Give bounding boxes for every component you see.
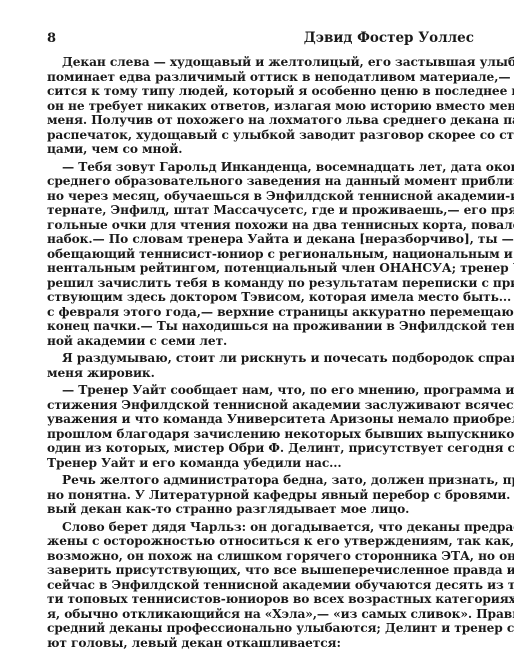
paragraph: Речь желтого администратора бедна, зато,… [47,473,474,517]
text-line: но понятна. У Литературной кафедры явный… [47,488,474,503]
text-line: ствующим здесь доктором Тэвисом, которая… [47,290,474,305]
text-line: меня. Получив от похожего на лохматого л… [47,113,474,128]
text-line: уважения и что команда Университета Ариз… [47,412,474,427]
text-line: Тренер Уайт и его команда убедили нас... [47,456,474,471]
text-line: нентальным рейтингом, потенциальный член… [47,261,474,276]
text-line: обещающий теннисист-юниор с региональным… [47,247,474,262]
paragraph: Я раздумываю, стоит ли рискнуть и почеса… [47,351,474,380]
text-line: Слово берет дядя Чарльз: он догадывается… [47,520,474,535]
running-head-author: Дэвид Фостер Уоллес [304,30,474,46]
text-line: я, обычно откликающийся на «Хэла»,— «из … [47,607,474,622]
paragraph-gap [47,650,474,653]
page-number: 8 [47,31,56,46]
text-line: жены с осторожностью относиться к его ут… [47,534,474,549]
text-line: заверить присутствующих, что все вышепер… [47,563,474,578]
text-line: средний деканы профессионально улыбаются… [47,621,474,636]
paragraph: Декан слева — худощавый и желтолицый, ег… [47,55,474,157]
text-line: возможно, он похож на слишком горячего с… [47,549,474,564]
text-line: гольные очки для чтения похожи на два те… [47,218,474,233]
text-line: он не требует никаких ответов, излагая м… [47,99,474,114]
text-line: стижения Энфилдской теннисной академии з… [47,398,474,413]
paragraph: — Тренер Уайт сообщает нам, что, по его … [47,383,474,470]
text-line: Речь желтого администратора бедна, зато,… [47,473,474,488]
text-line: меня жировик. [47,366,474,381]
text-line: сейчас в Энфилдской теннисной академии о… [47,578,474,593]
text-line: распечаток, худощавый с улыбкой заводит … [47,128,474,143]
text-line: один из которых, мистер Обри Ф. Делинт, … [47,441,474,456]
text-line: — Тренер Уайт сообщает нам, что, по его … [47,383,474,398]
text-line: набок.— По словам тренера Уайта и декана… [47,232,474,247]
text-line: ют головы, левый декан откашливается: [47,636,474,651]
text-line: — Тебя зовут Гарольд Инканденца, восемна… [47,160,474,175]
text-line: поминает едва различимый оттиск в непода… [47,70,474,85]
paragraph: Слово берет дядя Чарльз: он догадывается… [47,520,474,651]
text-line: Декан слева — худощавый и желтолицый, ег… [47,55,474,70]
text-line: ти топовых теннисистов-юниоров во всех в… [47,592,474,607]
text-line: решил зачислить тебя в команду по резуль… [47,276,474,291]
text-line: сится к тому типу людей, который я особе… [47,84,474,99]
text-line: но через месяц, обучаешься в Энфилдской … [47,189,474,204]
book-page: 8 Дэвид Фостер Уоллес Декан слева — худо… [47,30,474,653]
text-line: цами, чем со мной. [47,142,474,157]
text-line: вый декан как-то странно разглядывает мо… [47,502,474,517]
text-line: тернате, Энфилд, штат Массачусетс, где и… [47,203,474,218]
text-line: Я раздумываю, стоит ли рискнуть и почеса… [47,351,474,366]
text-line: прошлом благодаря зачислению некоторых б… [47,427,474,442]
page-body: Декан слева — худощавый и желтолицый, ег… [47,55,474,653]
text-line: с февраля этого года,— верхние страницы … [47,305,474,320]
text-line: конец пачки.— Ты находишься на проживани… [47,319,474,334]
text-line: среднего образовательного заведения на д… [47,174,474,189]
paragraph: — Тебя зовут Гарольд Инканденца, восемна… [47,160,474,349]
text-line: ной академии с семи лет. [47,334,474,349]
page-header: 8 Дэвид Фостер Уоллес [47,30,474,52]
